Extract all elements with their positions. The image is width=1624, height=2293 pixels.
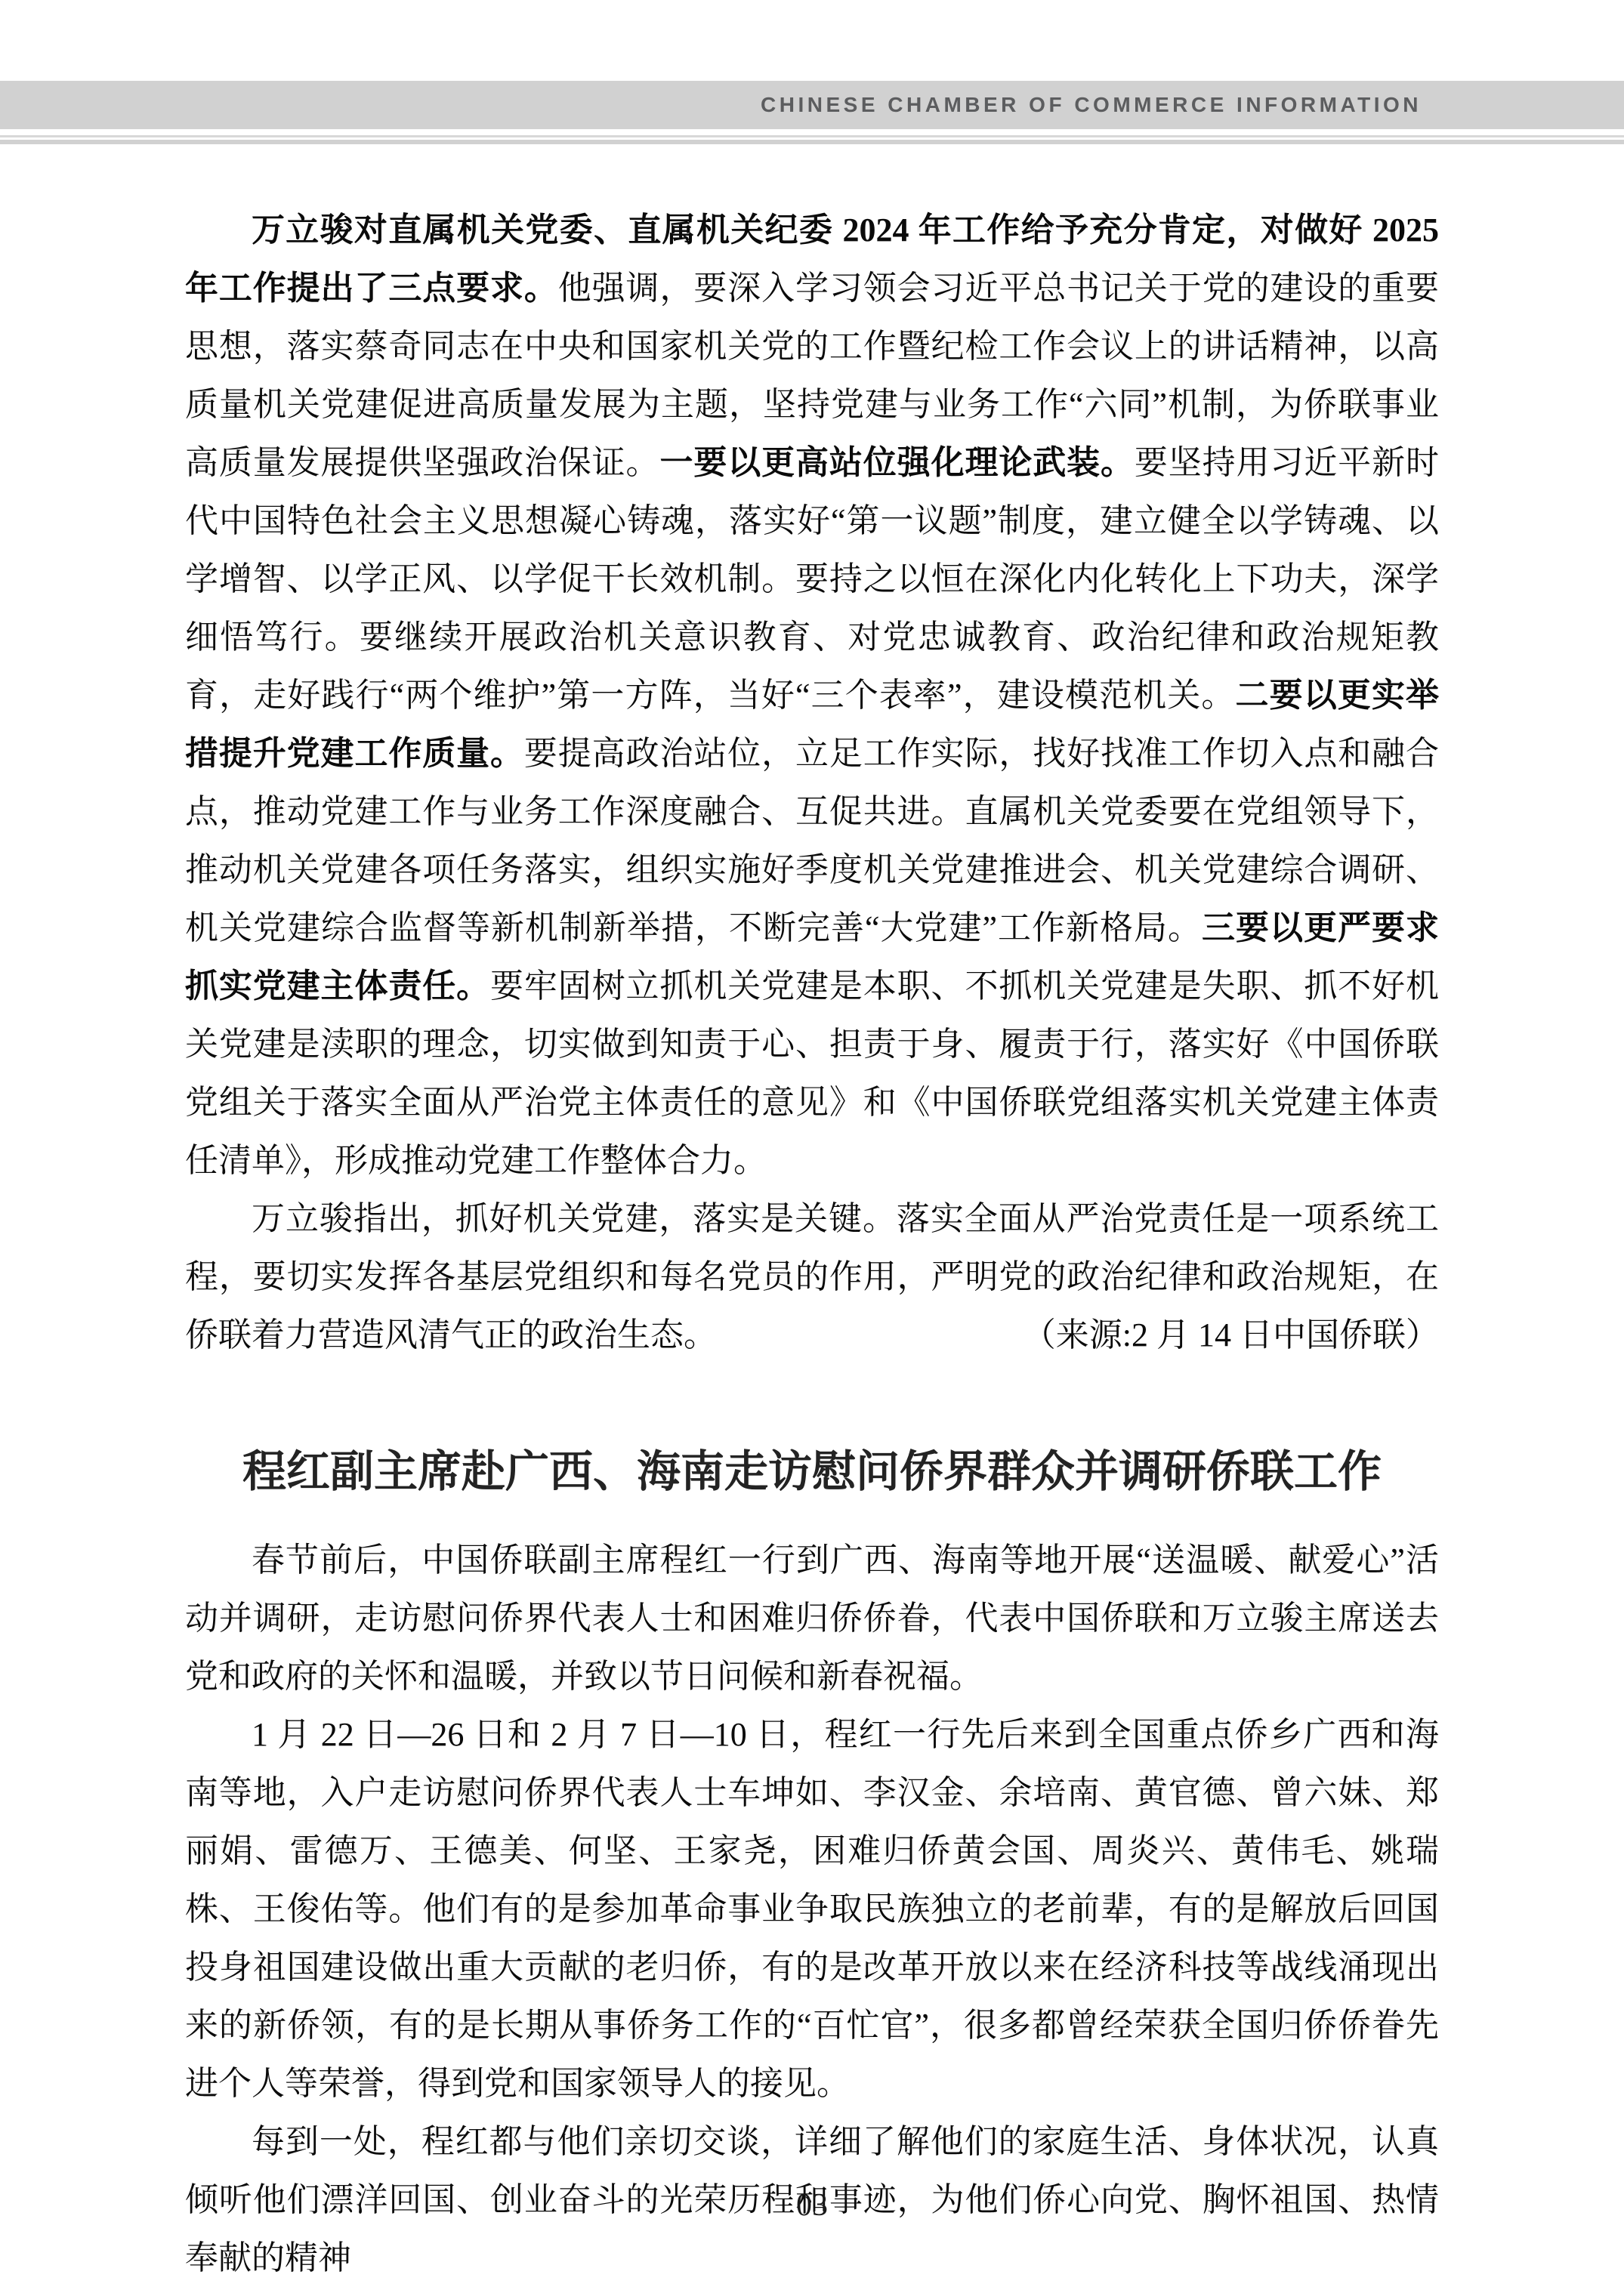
header-banner-text: CHINESE CHAMBER OF COMMERCE INFORMATION	[761, 93, 1422, 117]
header-banner: CHINESE CHAMBER OF COMMERCE INFORMATION	[0, 81, 1624, 129]
header-divider-thin	[0, 135, 1624, 137]
document-page: CHINESE CHAMBER OF COMMERCE INFORMATION …	[0, 0, 1624, 2293]
body-paragraph: 1 月 22 日—26 日和 2 月 7 日—10 日，程红一行先后来到全国重点…	[185, 1705, 1439, 2112]
document-body: 万立骏对直属机关党委、直属机关纪委 2024 年工作给予充分肯定，对做好 202…	[185, 201, 1439, 2287]
page-number: 03	[796, 2188, 828, 2223]
page-footer: 03	[0, 2187, 1624, 2224]
article-party-work: 万立骏对直属机关党委、直属机关纪委 2024 年工作给予充分肯定，对做好 202…	[185, 201, 1439, 1364]
header-divider-thick	[0, 140, 1624, 144]
text-segment: 要坚持用习近平新时代中国特色社会主义思想凝心铸魂，落实好“第一议题”制度，建立健…	[185, 444, 1439, 714]
bold-text-segment: 一要以更高站位强化理论武装。	[659, 444, 1134, 481]
body-paragraph: 万立骏对直属机关党委、直属机关纪委 2024 年工作给予充分肯定，对做好 202…	[185, 201, 1439, 1190]
body-paragraph: 春节前后，中国侨联副主席程红一行到广西、海南等地开展“送温暖、献爱心”活动并调研…	[185, 1531, 1439, 1705]
article-headline: 程红副主席赴广西、海南走访慰问侨界群众并调研侨联工作	[185, 1440, 1439, 1504]
body-paragraph: 万立骏指出，抓好机关党建，落实是关键。落实全面从严治党责任是一项系统工程，要切实…	[185, 1190, 1439, 1364]
article-chenghong-visit: 春节前后，中国侨联副主席程红一行到广西、海南等地开展“送温暖、献爱心”活动并调研…	[185, 1531, 1439, 2287]
source-note: （来源:2 月 14 日中国侨联）	[1023, 1306, 1439, 1364]
